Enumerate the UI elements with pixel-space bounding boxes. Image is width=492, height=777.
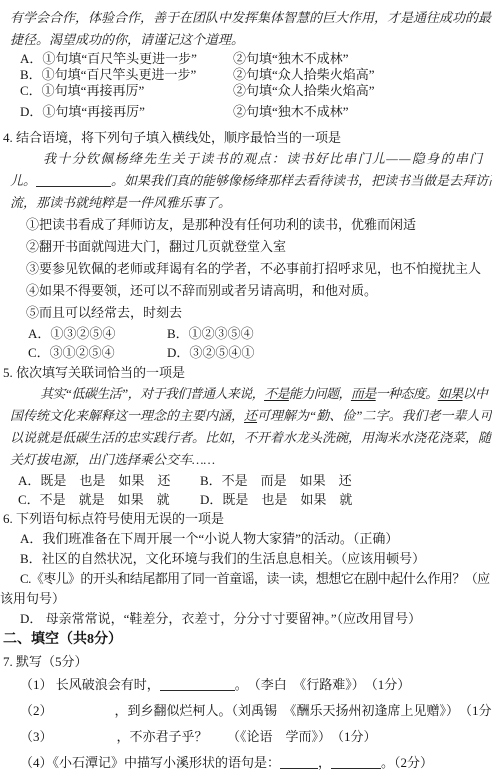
q7-item-2: （2），到乡翻似烂柯人。（刘禹锡 《酬乐天扬州初逢席上见赠》） （1分）: [0, 698, 492, 724]
q4-sentence-4: ④如果不得要领，还可以不辞而别或者另请高明，和他对质。: [0, 280, 492, 302]
q4-sentence-5: ⑤而且可以经常去，时刻去: [0, 302, 492, 324]
q4-option-b: B．①②③⑤④: [167, 326, 254, 341]
text-segment: 而是: [351, 386, 376, 401]
blank-underline: [160, 677, 235, 691]
q4-sentence-1: ①把读书看成了拜师访友，是那种没有任何功利的读书，优雅而闲适: [0, 214, 492, 236]
q3-intro-line-1: 有学会合作，体验合作，善于在团队中发挥集体智慧的巨大作用，才是通往成功的最佳: [0, 7, 492, 29]
q5-paragraph-line-2: 国传统文化来解释这一理念的主要内涵，还可理解为“勤、俭”二字。我们老一辈人可: [0, 405, 492, 427]
q7-heading: 7. 默写（5分）: [0, 651, 492, 672]
blank-underline: [280, 755, 318, 769]
text-segment: ，到乡翻似烂柯人。（刘禹锡 《酬乐天扬州初逢席上见赠》） （1分）: [115, 703, 492, 718]
q3-option-d: D．①句填“再接再厉”②句填“独木不成林”: [0, 104, 492, 120]
blank-gap: [53, 702, 115, 715]
q5-options-row-2: C．不是 就是 如果 就D．既是 也是 如果 就: [0, 490, 492, 509]
q4-heading: 4. 结合语境，将下列句子填入横线处，顺序最恰当的一项是: [0, 127, 492, 148]
q6-option-d: D． 母亲常常说，“鞋差分，衣差寸，分分寸寸要留神。”（应改用冒号）: [0, 609, 492, 629]
q5-option-a: A．既是 也是 如果 还: [18, 471, 200, 490]
q3-option-a: A．①句填“百尺竿头更进一步”②句填“独木不成林”: [0, 51, 492, 67]
text-segment: 一种态度。: [376, 386, 438, 401]
blank-underline: [36, 173, 111, 187]
text-segment: 儿。: [10, 173, 36, 188]
q3-option-b: B．①句填“百尺竿头更进一步”②句填“众人拾柴火焰高”: [0, 67, 492, 83]
text-segment: （3）: [20, 729, 53, 744]
q3-option-d-part1: D．①句填“再接再厉”: [20, 104, 233, 120]
text-segment: 其实“低碳生活”，对于我们普通人来说，: [40, 386, 264, 401]
q5-option-c: C．不是 就是 如果 就: [18, 490, 200, 509]
text-segment: 还: [244, 408, 257, 423]
text-segment: 能力问题，: [289, 386, 351, 401]
text-segment: （2）: [20, 703, 53, 718]
q3-option-c-part1: C．①句填“再接再厉”: [20, 83, 233, 99]
q3-intro-line-2: 捷径。渴望成功的你，请谨记这个道理。: [0, 29, 492, 51]
q3-option-c-part2: ②句填“众人拾柴火焰高”: [233, 83, 375, 98]
q3-option-a-part2: ②句填“独木不成林”: [233, 51, 349, 66]
text-segment: （1） 长风破浪会有时，: [20, 677, 160, 692]
q6-option-b: B．社区的自然状况，文化环境与我们的生活息息相关。（应该用顿号）: [0, 549, 492, 569]
text-segment: 。 （李白 《行路难》） （1分）: [235, 677, 411, 692]
section-2-title: 二、填空（共8分）: [0, 629, 492, 651]
blank-gap: [53, 728, 117, 741]
q3-option-c: C．①句填“再接再厉”②句填“众人拾柴火焰高”: [0, 83, 492, 99]
text-segment: ，不亦君子乎？ （《论语 学而》） （1分）: [117, 729, 377, 744]
text-segment: （4）《小石潭记》中描写小溪形状的语句是：: [20, 755, 280, 770]
q4-option-d: D．③②⑤④①: [167, 345, 254, 360]
q4-paragraph-line-2: 儿。。如果我们真的能够像杨绛那样去看待读书，把读书当做是去拜访高人名: [0, 170, 492, 192]
q5-heading: 5. 依次填写关联词恰当的一项是: [0, 362, 492, 383]
q4-sentence-3: ③要参见钦佩的老师或拜谒有名的学者，不必事前打招呼求见，也不怕搅扰主人: [0, 258, 492, 280]
text-segment: 如果: [438, 386, 463, 401]
q4-option-c: C．③①②⑤④: [28, 343, 167, 362]
text-segment: 国传统文化来解释这一理念的主要内涵，: [10, 408, 244, 423]
text-segment: 以中: [463, 386, 488, 401]
q5-options-row-1: A．既是 也是 如果 还B．不是 而是 如果 还: [0, 471, 492, 490]
q5-paragraph-line-4: 关灯拔电源，出门选择乘公交车……: [0, 449, 492, 471]
q4-option-a: A．①③②⑤④: [28, 324, 167, 343]
q6-option-c-line-1: C.《枣儿》的开头和结尾都用了同一首童谣，读一读，想想它在剧中起什么作用？（应: [0, 569, 492, 589]
q5-option-d: D．既是 也是 如果 就: [200, 492, 352, 507]
q4-options-row-2: C．③①②⑤④D．③②⑤④①: [0, 343, 492, 362]
text-segment: ，: [318, 755, 331, 770]
text-segment: 不是: [264, 386, 289, 401]
q4-paragraph-line-1: 我十分钦佩杨绛先生关于读书的观点：读书好比串门儿——隐身的串门: [0, 148, 492, 170]
q4-sentence-2: ②翻开书面就闯进大门，翻过几页就登堂入室: [0, 236, 492, 258]
q3-option-d-part2: ②句填“独木不成林”: [233, 104, 349, 119]
q4-paragraph-line-3: 流，那读书就纯粹是一件风雅乐事了。: [0, 192, 492, 214]
q5-option-b: B．不是 而是 如果 还: [200, 473, 352, 488]
q7-item-4: （4）《小石潭记》中描写小溪形状的语句是：，。（2分）: [0, 750, 492, 776]
q3-option-b-part1: B．①句填“百尺竿头更进一步”: [20, 67, 233, 83]
q7-item-3: （3），不亦君子乎？ （《论语 学而》） （1分）: [0, 724, 492, 750]
q3-option-b-part2: ②句填“众人拾柴火焰高”: [233, 67, 375, 82]
q4-options-row-1: A．①③②⑤④B．①②③⑤④: [0, 324, 492, 343]
q6-option-a: A．我们班准备在下周开展一个“小说人物大家猜”的活动。（正确）: [0, 529, 492, 549]
q5-paragraph-line-3: 以说就是低碳生活的忠实践行者。比如，不开着水龙头洗碗，用淘米水浇花浇菜，随手: [0, 427, 492, 449]
q3-option-a-part1: A．①句填“百尺竿头更进一步”: [20, 51, 233, 67]
q6-option-c-line-2: 该用句号）: [0, 589, 492, 609]
q7-item-1: （1） 长风破浪会有时，。 （李白 《行路难》） （1分）: [0, 672, 492, 698]
exam-paper-page: 有学会合作，体验合作，善于在团队中发挥集体智慧的巨大作用，才是通往成功的最佳 捷…: [0, 0, 492, 777]
text-segment: 。如果我们真的能够像杨绛那样去看待读书，把读书当做是去拜访高人名: [111, 173, 492, 188]
text-segment: 。（2分）: [381, 755, 433, 770]
blank-underline: [331, 755, 381, 769]
text-segment: 可理解为“勤、俭”二字。我们老一辈人可: [257, 408, 492, 423]
q5-paragraph-line-1: 其实“低碳生活”，对于我们普通人来说，不是能力问题，而是一种态度。如果以中: [0, 383, 492, 405]
q6-heading: 6. 下列语句标点符号使用无误的一项是: [0, 509, 492, 529]
